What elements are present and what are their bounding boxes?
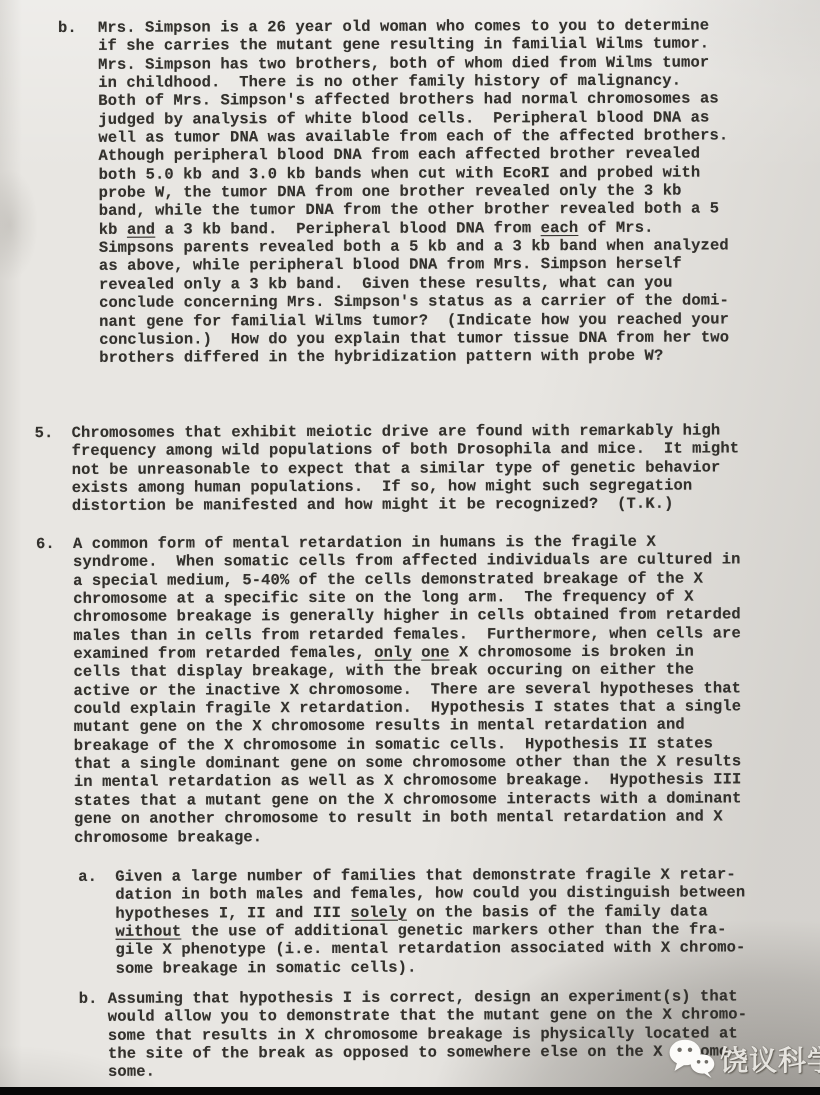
wechat-icon (668, 1038, 716, 1080)
typed-text-layer: b. Mrs. Simpson is a 26 year old woman w… (0, 0, 820, 1095)
text-line: would allow you to demonstrate that the … (108, 1006, 747, 1027)
paragraph-lines: Chromosomes that exhibit meiotic drive a… (72, 421, 740, 515)
item-marker: b. (58, 19, 77, 37)
text-line: if she carries the mutant gene resulting… (98, 35, 728, 56)
paragraph-lines: A common form of mental retardation in h… (73, 532, 742, 846)
text-line: Both of Mrs. Simpson's affected brothers… (98, 90, 728, 111)
text-line: both 5.0 kb and 3.0 kb bands when cut wi… (99, 163, 729, 184)
text-line: frequency among wild populations of both… (72, 440, 740, 461)
item-marker: 6. (36, 535, 55, 553)
paragraph-lines: Mrs. Simpson is a 26 year old woman who … (98, 16, 729, 367)
text-line: probe W, the tumor DNA from one brother … (99, 182, 729, 203)
text-line: some breakage in somatic cells). (116, 957, 746, 978)
question-6-block: 6. A common form of mental retardation i… (73, 532, 742, 846)
item-marker: a. (78, 868, 97, 886)
question-6b-block: b. Assuming that hypothesis I is correct… (108, 987, 748, 1081)
text-line: conclude concerning Mrs. Simpson's statu… (99, 292, 729, 313)
text-line: as above, while peripheral blood DNA fro… (99, 255, 729, 276)
question-6a-block: a. Given a large number of families that… (115, 865, 745, 977)
bottom-black-bar (0, 1087, 820, 1095)
watermark-badge: 饶议科学 (668, 1038, 820, 1080)
text-line: nant gene for familial Wilms tumor? (Ind… (99, 310, 729, 331)
text-line: brothers differed in the hybridization p… (99, 347, 729, 368)
text-line: Assuming that hypothesis I is correct, d… (108, 987, 747, 1008)
text-line: Simpsons parents revealed both a 5 kb an… (99, 237, 729, 258)
text-line: Mrs. Simpson has two brothers, both of w… (98, 53, 728, 74)
text-line: cells that display breakage, with the br… (73, 661, 741, 682)
document-page: b. Mrs. Simpson is a 26 year old woman w… (0, 0, 820, 1095)
text-line: syndrome. When somatic cells from affect… (73, 551, 741, 572)
text-line: in childhood. There is no other family h… (98, 71, 728, 92)
text-line: gile X phenotype (i.e. mental retardatio… (115, 939, 745, 960)
item-marker: 5. (35, 424, 54, 442)
text-line: hypotheses I, II and III solely on the b… (115, 902, 745, 923)
text-line: chromosome breakage. (74, 826, 742, 847)
paragraph-lines: Assuming that hypothesis I is correct, d… (108, 987, 748, 1081)
text-line: revealed only a 3 kb band. Given these r… (99, 273, 729, 294)
item-marker: b. (79, 990, 98, 1008)
text-line: in mental retardation as well as X chrom… (74, 771, 742, 792)
watermark-label: 饶议科学 (720, 1039, 820, 1079)
text-line: Given a large number of families that de… (115, 865, 745, 886)
text-line: judged by analysis of white blood cells.… (98, 108, 728, 129)
text-line: without the use of additional genetic ma… (115, 920, 745, 941)
text-line: band, while the tumor DNA from the other… (99, 200, 729, 221)
text-line: mutant gene on the X chromosome results … (74, 716, 742, 737)
text-line: conclusion.) How do you explain that tum… (99, 328, 729, 349)
text-line: Mrs. Simpson is a 26 year old woman who … (98, 16, 728, 37)
text-line: chromosome breakage is generally higher … (73, 606, 741, 627)
text-line: Athough peripheral blood DNA from each a… (98, 145, 728, 166)
text-line: some that results in X chromosome breaka… (108, 1024, 747, 1045)
text-line: the site of the break as opposed to some… (108, 1042, 747, 1063)
text-line: dation in both males and females, how co… (115, 884, 745, 905)
text-line: some. (108, 1061, 747, 1082)
text-line: gene on another chromosome to result in … (74, 808, 742, 829)
text-line: distortion be manifested and how might i… (72, 495, 740, 516)
text-line: kb and a 3 kb band. Peripheral blood DNA… (99, 218, 729, 239)
text-line: well as tumor DNA was available from eac… (98, 126, 728, 147)
question-5-block: 5. Chromosomes that exhibit meiotic driv… (72, 421, 740, 515)
question-4b-block: b. Mrs. Simpson is a 26 year old woman w… (98, 16, 729, 367)
paragraph-lines: Given a large number of families that de… (115, 865, 745, 977)
